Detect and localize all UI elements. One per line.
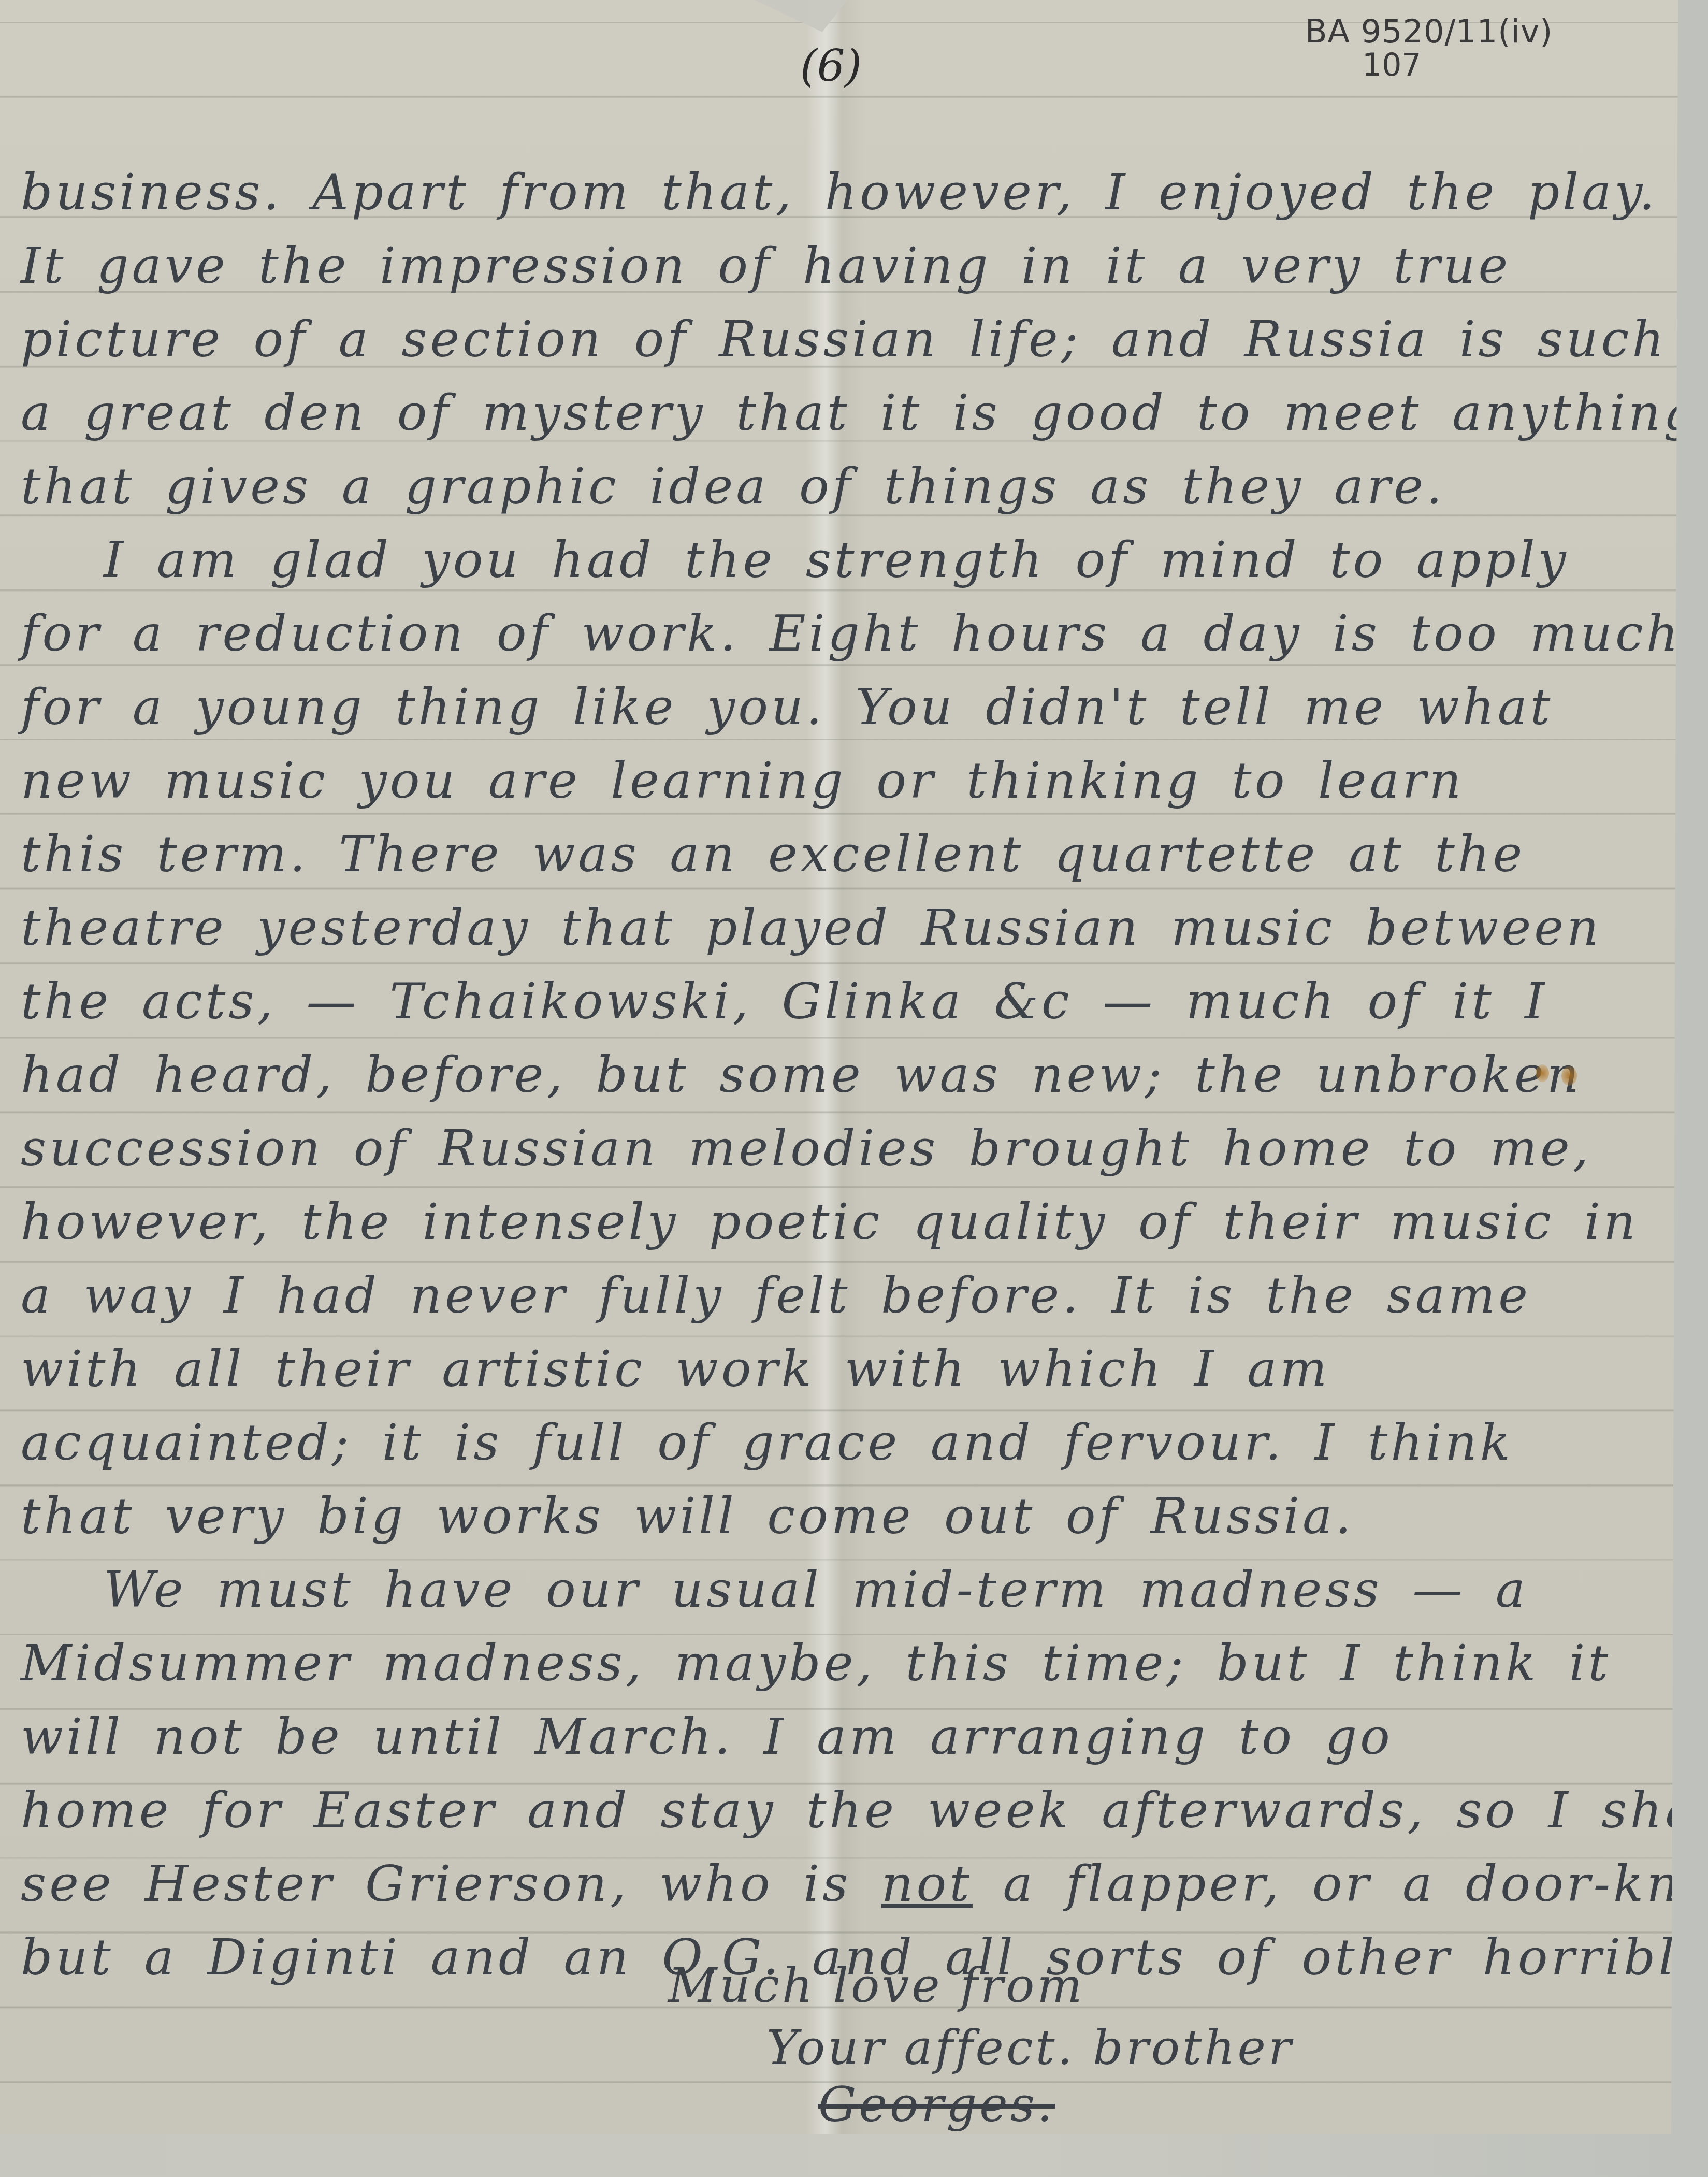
- letter-line: Midsummer madness, maybe, this time; but…: [21, 1626, 1668, 1700]
- foxing-stain: [1536, 1064, 1549, 1082]
- letter-line: business. Apart from that, however, I en…: [21, 155, 1668, 229]
- letter-line: It gave the impression of having in it a…: [21, 229, 1668, 302]
- closing-relation: Your affect. brother: [766, 2020, 1294, 2075]
- archive-reference: BA 9520/11(iv) 107: [1305, 16, 1553, 81]
- letter-line: a great den of mystery that it is good t…: [21, 376, 1668, 450]
- signature: Georges.: [818, 2077, 1055, 2132]
- letter-line: with all their artistic work with which …: [21, 1332, 1668, 1406]
- letter-line: new music you are learning or thinking t…: [21, 744, 1668, 817]
- underlined-word: not: [881, 1855, 973, 1913]
- foxing-stain: [1561, 1066, 1577, 1086]
- letter-line: succession of Russian melodies brought h…: [21, 1112, 1668, 1185]
- archive-reference-folio: 107: [1362, 50, 1553, 81]
- letter-line: that gives a graphic idea of things as t…: [21, 450, 1668, 523]
- letter-body: business. Apart from that, however, I en…: [21, 155, 1668, 1994]
- archive-reference-main: BA 9520/11(iv): [1305, 16, 1553, 48]
- letter-line: theatre yesterday that played Russian mu…: [21, 891, 1668, 964]
- letter-line: picture of a section of Russian life; an…: [21, 302, 1668, 376]
- letter-line: a way I had never fully felt before. It …: [21, 1259, 1668, 1332]
- line-segment: see Hester Grierson, who is: [21, 1855, 881, 1913]
- letter-line: however, the intensely poetic quality of…: [21, 1185, 1668, 1259]
- letter-line: for a young thing like you. You didn't t…: [21, 670, 1668, 744]
- letter-line-with-emphasis: see Hester Grierson, who is not a flappe…: [21, 1847, 1668, 1921]
- letter-line-paragraph-start: We must have our usual mid-term madness …: [21, 1553, 1668, 1626]
- letter-line: for a reduction of work. Eight hours a d…: [21, 597, 1668, 670]
- letter-sheet: (6) BA 9520/11(iv) 107 business. Apart f…: [0, 0, 1678, 2134]
- letter-line: acquainted; it is full of grace and ferv…: [21, 1406, 1668, 1479]
- letter-line: the acts, — Tchaikowski, Glinka &c — muc…: [21, 964, 1668, 1038]
- letter-line: home for Easter and stay the week afterw…: [21, 1774, 1668, 1847]
- line-segment: a flapper, or a door-knocker,: [973, 1855, 1708, 1913]
- letter-line: had heard, before, but some was new; the…: [21, 1038, 1668, 1112]
- letter-line: this term. There was an excellent quarte…: [21, 817, 1668, 891]
- letter-line: will not be until March. I am arranging …: [21, 1700, 1668, 1774]
- letter-line: that very big works will come out of Rus…: [21, 1479, 1668, 1553]
- letter-line-paragraph-start: I am glad you had the strength of mind t…: [21, 523, 1668, 597]
- page-number: (6): [800, 40, 862, 91]
- closing-salutation: Much love from: [668, 1958, 1085, 2013]
